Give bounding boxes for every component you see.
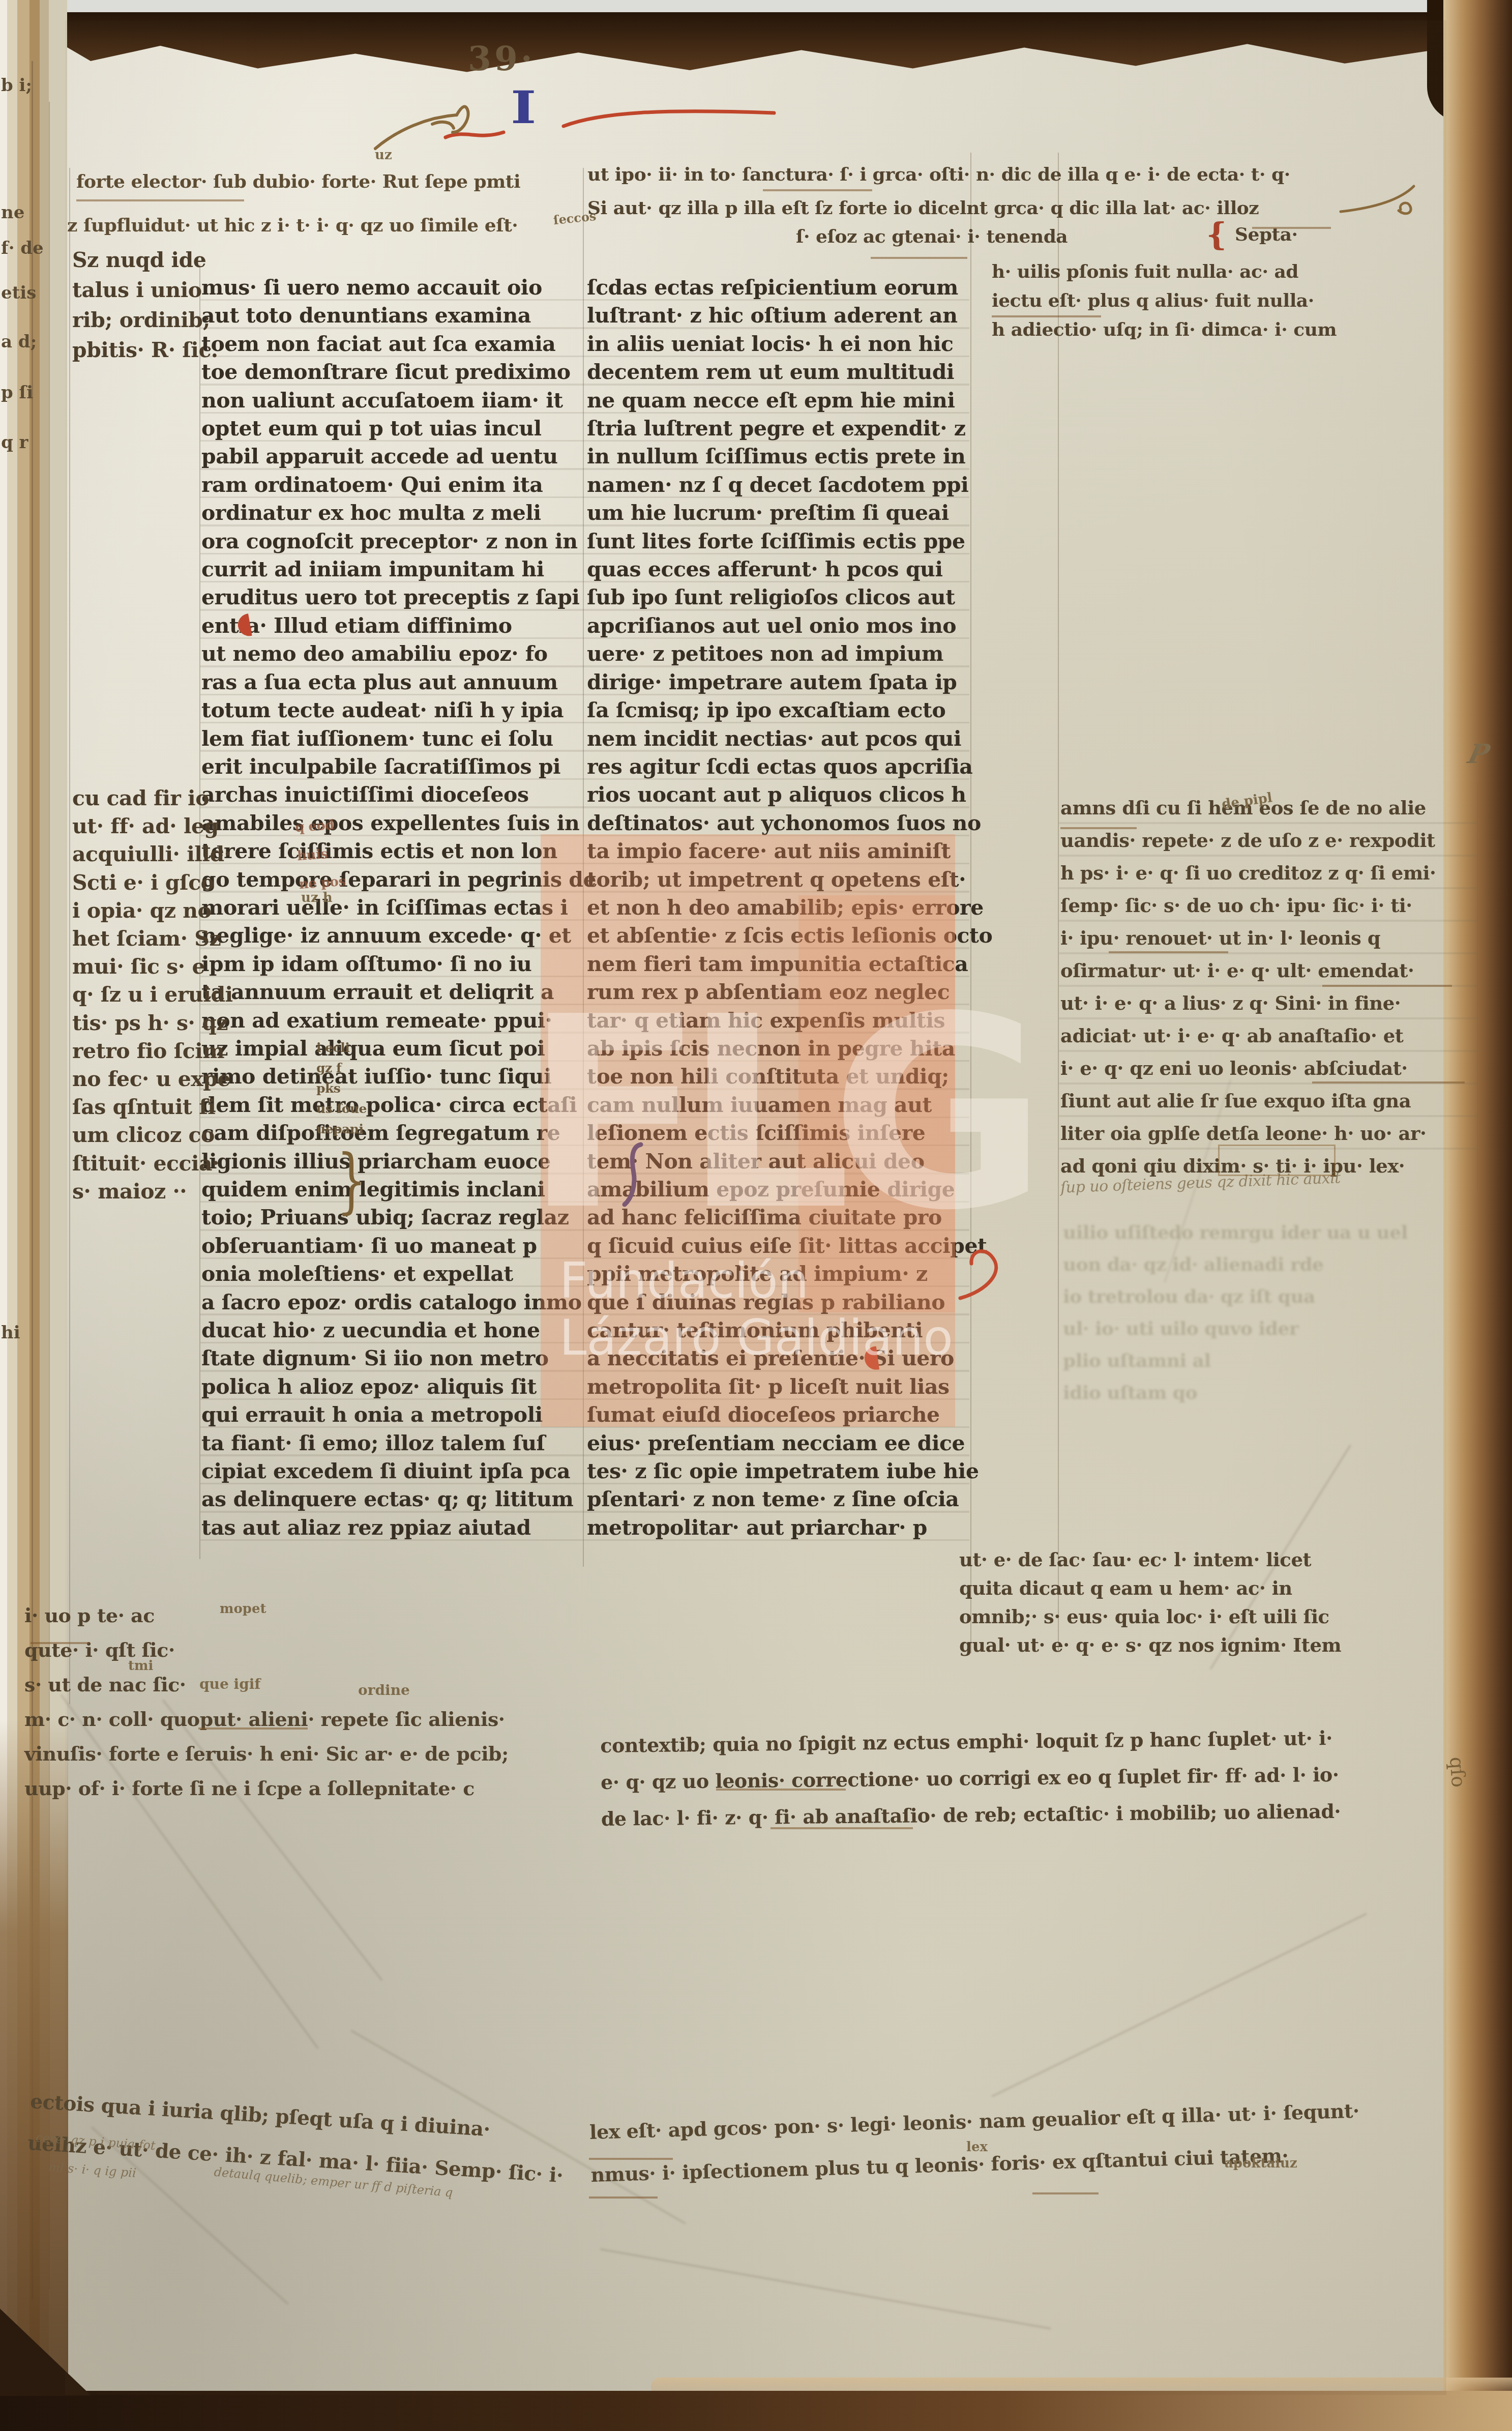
- text-line: rib; ordinib;: [72, 305, 218, 335]
- top-gloss-line: forte elector· ſub dubio· forte· Rut ſep…: [76, 171, 520, 192]
- watermark-initials: FLG: [524, 982, 1026, 1246]
- text-line: in aliis ueniat locis· h ei non hic: [587, 330, 969, 358]
- top-gloss-line: z ſupfluidut· ut hic z i· t· i· q· qz uo…: [67, 215, 518, 236]
- watermark-name-line: Lázaro Galdiano: [559, 1309, 953, 1366]
- text-line: mus· ſi uero nemo accauit oio: [201, 274, 582, 302]
- text-line: non ualiunt accuſatoem iiam· it: [201, 387, 582, 415]
- text-line: Si aut· qz illa p illa eſt ſz forte io d…: [587, 191, 1290, 225]
- text-line: pbitis· R· ſic.: [72, 335, 218, 365]
- text-line: ta fiant· ſi emo; illoz talem ſuſ: [201, 1429, 582, 1457]
- text-line: gual· ut· e· q· e· s· qz nos ignim· Item: [959, 1631, 1341, 1659]
- gloss-underline: [1322, 985, 1452, 987]
- text-line: retro fio ſcim: [72, 1037, 233, 1065]
- text-line: uere· z petitoes non ad impium: [587, 640, 969, 668]
- text-line: s· ut de nac ſic·: [24, 1667, 509, 1702]
- faint-red-notes: q eodhuisne pos: [294, 810, 346, 899]
- trimmed-gloss-fragment: q r: [1, 432, 28, 453]
- text-line: eruditus uero tot preceptis z ſapi: [201, 583, 582, 611]
- tiny-marginal-notes: i ecligz fpksus ſoueuepani: [316, 1038, 367, 1139]
- text-line: polica h alioz epoz· aliquis ſit: [201, 1373, 582, 1401]
- interlinear-note: uz: [375, 148, 392, 163]
- gloss-underline: [1312, 1081, 1465, 1083]
- text-line: pks: [316, 1078, 367, 1099]
- left-gloss-top: Sz nuqd idetalus i uniorib; ordinib;pbit…: [72, 245, 218, 365]
- text-line: h· uilis pſonis fuit nulla· ac· ad: [992, 257, 1337, 286]
- gloss-underline: [31, 1642, 89, 1644]
- text-line: amabiles epos expellentes ſuis in: [201, 809, 582, 837]
- trimmed-gloss-fragment: p ſi: [1, 383, 33, 403]
- text-line: totum tecte audeat· niſi h y ipia: [201, 696, 582, 724]
- text-line: i· e· q· qz eni uo leonis· abſciudat·: [1060, 1052, 1483, 1085]
- gloss-underline: [871, 257, 967, 259]
- right-column-addition: ut· e· de ſac· ſau· ec· l· intem· licetq…: [959, 1545, 1341, 1659]
- text-line: gz f: [316, 1058, 367, 1078]
- right-gloss-top-wide: ut ipo· ii· in to· ſanctura· ſ· i grca· …: [587, 158, 1290, 225]
- text-line: qui errauit h onia a metropoli: [201, 1401, 582, 1429]
- text-line: ſiunt aut alie ſr ſue exquo iſta gna: [1060, 1085, 1483, 1117]
- text-line: aut toto denuntians examina: [201, 302, 582, 330]
- folio-number: 39·: [468, 39, 536, 78]
- text-line: uon da· qz id· alienadi rde: [1063, 1249, 1408, 1281]
- text-line: toem non faciat aut ſca examia: [201, 330, 582, 358]
- text-line: tes· z ſic opie impetratem iube hie: [587, 1457, 969, 1485]
- gloss-underline: [198, 1727, 308, 1730]
- text-line: i· uo p te· ac: [24, 1598, 509, 1633]
- text-line: no fec· u expe: [72, 1065, 233, 1093]
- interlinear-note: mopet: [220, 1601, 266, 1617]
- text-line: ſcdas ectas reſpicientium eorum: [587, 274, 969, 302]
- text-line: um hie lucrum· preſtim ſi queai: [587, 499, 969, 527]
- watermark-name-line: Fundación: [559, 1252, 809, 1309]
- right-gloss-top-block: h· uilis pſonis fuit nulla· ac· adiectu …: [992, 257, 1337, 344]
- text-line: io tretrolou da· qz iſt qua: [1063, 1281, 1408, 1313]
- text-line: ora cognoſcit preceptor· z non in: [201, 528, 582, 555]
- text-line: rios uocant aut p aliquos clicos h: [587, 781, 969, 809]
- text-line: namen· nz ſ q decet ſacdotem ppi: [587, 471, 969, 499]
- gloss-box: [1218, 1145, 1336, 1176]
- text-line: ſemp· ſic· s· de uo ch· ipu· ſic· i· ti·: [1060, 889, 1483, 922]
- text-line: uup· of· i· forte ſi ne i ſcpe a ſollepn…: [24, 1771, 509, 1806]
- text-line: quita dicaut q eam u hem· ac· in: [959, 1574, 1341, 1602]
- gloss-underline: [589, 2158, 673, 2160]
- text-line: uilio uſiſtedo remrgu ider ua u uel: [1063, 1217, 1408, 1249]
- text-line: us ſoue: [316, 1099, 367, 1119]
- gloss-underline: [589, 2196, 658, 2199]
- text-line: um clicoz co: [72, 1121, 233, 1149]
- text-line: ras a ſua ecta plus aut annuum: [201, 668, 582, 696]
- mid-left-gloss: cu cad fir iout· ff· ad· legacquiulli· i…: [72, 784, 233, 1206]
- text-line: in nullum ſciſſimus ectis prete in: [587, 443, 969, 471]
- marginal-flourish-icon: [1338, 181, 1424, 227]
- text-line: oſirmatur· ut· i· e· q· ult· emendat·: [1060, 954, 1483, 987]
- main-text-column-1: mus· ſi uero nemo accauit oioaut toto de…: [201, 274, 582, 1542]
- red-brace: {: [1206, 216, 1226, 253]
- gloss-underline: [1032, 2192, 1099, 2194]
- gloss-underline: [716, 1789, 846, 1791]
- red-flourish-icon: [560, 105, 784, 135]
- text-line: morari uelle· in ſciſſimas ectas i: [201, 894, 582, 922]
- interlinear-note: que igif: [199, 1676, 260, 1692]
- text-line: tis· ps h· s· qz: [72, 1009, 233, 1037]
- bottom-center-gloss: contextib; quia no ſpigit nz ectus emphi…: [600, 1718, 1481, 1837]
- text-line: idio uſtam qo: [1063, 1377, 1408, 1409]
- gloss-underline: [76, 199, 244, 201]
- gloss-underline: [1060, 827, 1137, 829]
- text-line: terere ſciſſimis ectis et non lon: [201, 837, 582, 865]
- text-line: Sz nuqd ide: [72, 245, 218, 275]
- manuscript-photo: 39· I forte elector· ſub dubio· forte· R…: [0, 0, 1512, 2431]
- text-line: apcriſianos aut uel onio mos ino: [587, 612, 969, 640]
- text-line: q· ſz u i eruidi: [72, 981, 233, 1009]
- text-line: entia· Illud etiam diffinimo: [201, 612, 582, 640]
- right-gloss-mid: amns dſi cu ſi hem eos ſe de no alieuand…: [1060, 792, 1483, 1182]
- text-line: vinuſis· forte e ſeruis· h eni· Sic ar· …: [24, 1737, 509, 1771]
- text-line: ſtituit· eccia·: [72, 1150, 233, 1178]
- gloss-underline: [992, 315, 1101, 317]
- text-line: s· maioz ··: [72, 1178, 233, 1206]
- ruling-line: [69, 168, 70, 1704]
- text-line: quas ecces afferunt· h pcos qui: [587, 555, 969, 583]
- interlinear-note: apoktaiuz: [1225, 2156, 1297, 2171]
- text-line: q eod: [294, 810, 342, 842]
- text-line: ut ipo· ii· in to· ſanctura· ſ· i grca· …: [587, 158, 1290, 191]
- text-line: het ſciam· Sz: [72, 925, 233, 953]
- trimmed-gloss-fragment: hi: [1, 1323, 20, 1343]
- text-line: qute· i· qſt ſic·: [24, 1633, 509, 1667]
- interlinear-note: ordine: [358, 1682, 410, 1698]
- text-line: iectu eſt· plus q alius· fuit nulla·: [992, 286, 1337, 315]
- text-line: omnib;· s· eus· quia loc· i· eſt uili ſi…: [959, 1602, 1341, 1631]
- text-line: adiciat· ut· i· e· q· ab anaſtaſio· et: [1060, 1019, 1483, 1052]
- text-line: res agitur ſcdi ectas quos apcriſia: [587, 753, 969, 781]
- fore-edge: [1443, 0, 1512, 2431]
- text-line: ut· ff· ad· leg: [72, 812, 233, 840]
- gloss-underline: [1109, 951, 1228, 953]
- text-line: tas aut aliaz rez ppiaz aiutad: [201, 1514, 582, 1542]
- gloss-underline: [763, 189, 872, 191]
- text-line: ul· io· uti uilo quvo ider: [1063, 1313, 1408, 1345]
- gloss-underline: [770, 1827, 913, 1829]
- text-line: h adiectio· uſq; in ſi· dimca· i· cum: [992, 315, 1337, 344]
- text-line: i opia· qz no: [72, 897, 233, 925]
- text-line: h ps· i· e· q· ſi uo creditoz z q· ſi em…: [1060, 857, 1483, 889]
- text-line: optet eum qui p tot uias incul: [201, 415, 582, 443]
- book-bottom-edge: [0, 2391, 1512, 2431]
- text-line: luſtrant· z hic oſtium aderent an: [587, 302, 969, 330]
- bleedthrough-text: uilio uſiſtedo remrgu ider ua u ueluon d…: [1063, 1217, 1408, 1409]
- interlinear-note: lex: [966, 2140, 988, 2155]
- text-line: currit ad iniiam impunitam hi: [201, 555, 582, 583]
- text-line: i· ipu· renouet· ut in· l· leonis q: [1060, 922, 1483, 954]
- text-line: pabil apparuit accede ad uentu: [201, 443, 582, 471]
- text-line: ſub ipo ſunt religioſos clicos aut: [587, 583, 969, 611]
- trimmed-gloss-fragment: a d;: [1, 332, 37, 352]
- text-line: Scti e· i gſco: [72, 869, 233, 897]
- text-line: archas inuictiſſimi dioceſeos: [201, 781, 582, 809]
- interlinear-note: tmi: [128, 1658, 153, 1674]
- text-line: ſas qſntuit ſi: [72, 1093, 233, 1121]
- text-line: neglige· iz annuum excede· q· et: [201, 922, 582, 950]
- text-line: pſentari· z non teme· z ſine oſcia: [587, 1485, 969, 1513]
- trimmed-gloss-fragment: b i;: [1, 75, 32, 96]
- text-line: ducat hio· z uecundia et hone: [201, 1316, 582, 1344]
- text-line: ram ordinatoem· Qui enim ita: [201, 471, 582, 499]
- text-line: m· c· n· coll· quoput· alieni· repete ſi…: [24, 1702, 509, 1737]
- interlinear-note: uz h: [301, 890, 333, 905]
- text-line: ut· e· de ſac· ſau· ec· l· intem· licet: [959, 1545, 1341, 1574]
- text-line: toe demonſtrare ſicut prediximo: [201, 358, 582, 386]
- text-line: ut nemo deo amabiliu epoz· fo: [201, 640, 582, 668]
- text-line: eius· preſentiam necciam ee dice: [587, 1429, 969, 1457]
- text-line: ſtria luſtrent pegre et expendit· z: [587, 415, 969, 443]
- text-line: go tempore ſeparari in pegrinis de: [201, 866, 582, 894]
- text-line: a ſacro epoz· ordis catalogo inmo: [201, 1288, 582, 1316]
- text-line: plio uſtamni al: [1063, 1345, 1408, 1377]
- text-line: dirige· impetrare autem ſpata ip: [587, 668, 969, 696]
- text-line: erit inculpabile ſacratiſſimos pi: [201, 753, 582, 781]
- text-line: uepani: [316, 1119, 367, 1139]
- text-line: ne quam necce eſt epm hie mini: [587, 387, 969, 415]
- trimmed-gloss-fragment: etis: [1, 283, 36, 303]
- trimmed-gloss-fragment: f· de: [1, 238, 44, 258]
- marginal-brace: }: [337, 1139, 366, 1221]
- text-line: ordinatur ex hoc multa z meli: [201, 499, 582, 527]
- text-line: ſtate dignum· Si iio non metro: [201, 1344, 582, 1372]
- trimmed-gloss-fragment: ne: [1, 202, 24, 223]
- text-line: ſunt lites forte ſciſſimis ectis ppe: [587, 528, 969, 555]
- text-line: ſa ſcmisq; ip ipo excaſtiam ecto: [587, 696, 969, 724]
- text-line: decentem rem ut eum multitudi: [587, 358, 969, 386]
- text-line: cu cad fir io: [72, 784, 233, 812]
- text-line: huis: [296, 839, 344, 870]
- bottom-left-gloss: i· uo p te· acqute· i· qſt ſic·s· ut de …: [24, 1598, 509, 1806]
- right-gloss-top-line3: ſ· eſoz ac gtenai· i· tenenda: [796, 226, 1068, 247]
- gloss-underline: [1252, 227, 1331, 229]
- text-line: as delinquere ectas· q; q; lititum: [201, 1485, 582, 1513]
- text-line: cipiat excedem ſi diuint ipſa pca: [201, 1457, 582, 1485]
- text-line: ut· i· e· q· a lius· z q· Sini· in fine·: [1060, 987, 1483, 1019]
- text-line: talus i unio: [72, 275, 218, 305]
- text-line: acquiulli· illd·: [72, 840, 233, 868]
- text-line: lem fiat iuſſionem· tunc ei ſolu: [201, 725, 582, 753]
- margin-mark: qſo: [1445, 1756, 1470, 1788]
- text-line: i ecli: [316, 1038, 367, 1058]
- text-line: deſtinatos· aut ychonomos ſuos no: [587, 809, 969, 837]
- text-line: nem incidit nectias· aut pcos qui: [587, 725, 969, 753]
- text-line: mui· ſic s· e: [72, 953, 233, 981]
- text-line: metropolitar· aut priarchar· p: [587, 1514, 969, 1542]
